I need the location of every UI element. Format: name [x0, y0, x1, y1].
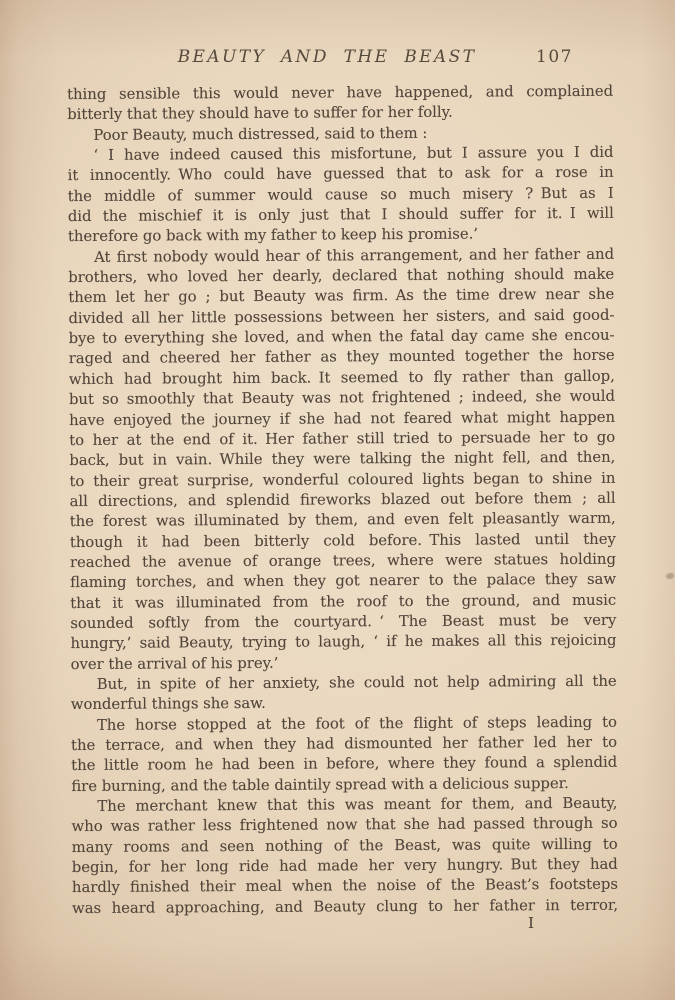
text-line: the little room he had been in before, w… [71, 753, 617, 777]
text-line: was heard approaching, and Beauty clung … [72, 895, 618, 919]
text-line: back, but in vain. While they were talki… [69, 448, 615, 472]
text-line: the forest was illuminated by them, and … [70, 509, 616, 533]
signature-mark: I [528, 914, 535, 932]
paper-speck [666, 573, 674, 579]
text-block: thing sensible this would never have hap… [67, 82, 618, 919]
text-line: thing sensible this would never have hap… [67, 82, 613, 106]
text-line: flaming torches, and when they got neare… [70, 570, 616, 594]
running-title: BEAUTY AND THE BEAST [67, 47, 587, 67]
text-line: did the mischief it is only just that I … [68, 204, 614, 228]
page-number: 107 [536, 47, 573, 67]
text-line: but so smoothly that Beauty was not frig… [69, 387, 615, 411]
text-line: But, in spite of her anxiety, she could … [71, 672, 617, 696]
text-line: hungry,’ said Beauty, trying to laugh, ‘… [70, 631, 616, 655]
page-header: BEAUTY AND THE BEAST 107 [67, 47, 613, 71]
book-page: BEAUTY AND THE BEAST 107 thing sensible … [0, 0, 675, 1000]
